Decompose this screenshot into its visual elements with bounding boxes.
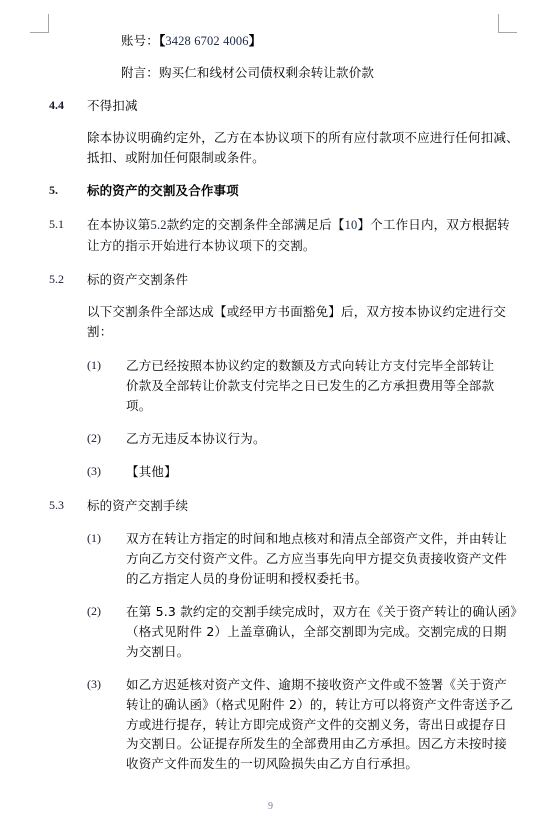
section-title-4-4: 不得扣减 — [87, 96, 138, 116]
clause-reference: 5.2 — [151, 218, 167, 232]
body-line: 价款及全部转让价款支付完毕之日已发生的乙方承担费用等全部款 — [126, 376, 494, 396]
body-line: 除本协议明确约定外，乙方在本协议项下的所有应付款项不应进行任何扣减、 — [87, 128, 519, 148]
section-body-5-1: 在本协议第5.2款约定的交割条件全部满足后【10】个工作日内，双方根据转 让方的… — [87, 215, 510, 256]
section-number-5-1: 5.1 — [49, 215, 64, 235]
section-number-5-3: 5.3 — [49, 496, 64, 516]
list-marker: (2) — [87, 602, 101, 622]
body-line: 【其他】 — [126, 462, 177, 482]
body-line: 乙方无违反本协议行为。 — [126, 429, 266, 449]
section-intro-5-2: 以下交割条件全部达成【或经甲方书面豁免】后，双方按本协议约定进行交 割： — [87, 302, 506, 342]
body-line: 割： — [87, 322, 506, 342]
text-segment: 在本协议第 — [87, 217, 151, 232]
account-label: 账号： — [121, 33, 159, 48]
page-number: 9 — [268, 801, 273, 812]
memo-label: 附言： — [121, 65, 159, 80]
body-line: 在第 5.3 款约定的交割手续完成时，双方在《关于资产转让的确认函》 — [126, 602, 523, 622]
body-line: 方或进行提存，转让方即完成资产文件的交割义务，寄出日或提存日 — [126, 715, 513, 735]
body-line: 收资产文件而发生的一切风险损失由乙方自行承担。 — [126, 754, 513, 774]
list-item: 如乙方迟延核对资产文件、逾期不接收资产文件或不签署《关于资产 转让的确认函》（格… — [126, 675, 513, 774]
list-item: 双方在转让方指定的时间和地点核对和清点全部资产文件，并由转让 方向乙方交付资产文… — [126, 529, 507, 588]
section-title-5: 标的资产的交割及合作事项 — [87, 181, 239, 201]
list-item: 在第 5.3 款约定的交割手续完成时，双方在《关于资产转让的确认函》 （格式见附… — [126, 602, 523, 661]
text-segment: 】个工作日内，双方根据转 — [357, 217, 509, 232]
body-line: 转让的确认函》（格式见附件 2）的，转让方可以将资产文件寄送予乙 — [126, 695, 513, 715]
section-title-5-3: 标的资产交割手续 — [87, 496, 188, 516]
body-line: 以下交割条件全部达成【或经甲方书面豁免】后，双方按本协议约定进行交 — [87, 302, 506, 322]
body-line: 的乙方指定人员的身份证明和授权委托书。 — [126, 569, 507, 589]
memo-line: 附言：购买仁和线材公司债权剩余转让款价款 — [121, 63, 374, 83]
body-line: 方向乙方交付资产文件。乙方应当事先向甲方提交负责接收资产文件 — [126, 549, 507, 569]
section-number-5-2: 5.2 — [49, 270, 64, 290]
body-line: 为交割日。 — [126, 642, 523, 662]
list-item: 乙方无违反本协议行为。 — [126, 429, 266, 449]
body-line: 双方在转让方指定的时间和地点核对和清点全部资产文件，并由转让 — [126, 529, 507, 549]
body-line: 让方的指示开始进行本协议项下的交割。 — [87, 236, 510, 256]
account-number: 3428 6702 4006 — [165, 34, 248, 48]
list-marker: (3) — [87, 462, 101, 482]
account-bracket-close: 】 — [249, 33, 262, 48]
list-item: 【其他】 — [126, 462, 177, 482]
list-marker: (3) — [87, 675, 101, 695]
list-marker: (1) — [87, 356, 101, 376]
working-days-value: 10 — [345, 218, 358, 232]
account-line: 账号：【3428 6702 4006】 — [121, 31, 261, 52]
page-corner-mark-top-left — [30, 14, 49, 33]
body-line: 为交割日。公证提存所发生的全部费用由乙方承担。因乙方未按时接 — [126, 734, 513, 754]
section-title-5-2: 标的资产交割条件 — [87, 270, 188, 290]
body-line: （格式见附件 2）上盖章确认，全部交割即为完成。交割完成的日期 — [126, 622, 523, 642]
page-corner-mark-top-right — [498, 14, 517, 33]
body-line: 乙方已经按照本协议约定的数额及方式向转让方支付完毕全部转让 — [126, 356, 494, 376]
memo-value: 购买仁和线材公司债权剩余转让款价款 — [159, 65, 374, 80]
section-body-4-4: 除本协议明确约定外，乙方在本协议项下的所有应付款项不应进行任何扣减、 抵扣、或附… — [87, 128, 519, 168]
body-line: 如乙方迟延核对资产文件、逾期不接收资产文件或不签署《关于资产 — [126, 675, 513, 695]
section-number-4-4: 4.4 — [49, 96, 64, 116]
text-segment: 款约定的交割条件全部满足后【 — [167, 217, 345, 232]
body-line: 抵扣、或附加任何限制或条件。 — [87, 148, 519, 168]
section-number-5: 5. — [49, 181, 58, 201]
list-item: 乙方已经按照本协议约定的数额及方式向转让方支付完毕全部转让 价款及全部转让价款支… — [126, 356, 494, 415]
list-marker: (1) — [87, 529, 101, 549]
body-line: 在本协议第5.2款约定的交割条件全部满足后【10】个工作日内，双方根据转 — [87, 215, 510, 236]
list-marker: (2) — [87, 429, 101, 449]
body-line: 项。 — [126, 396, 494, 416]
